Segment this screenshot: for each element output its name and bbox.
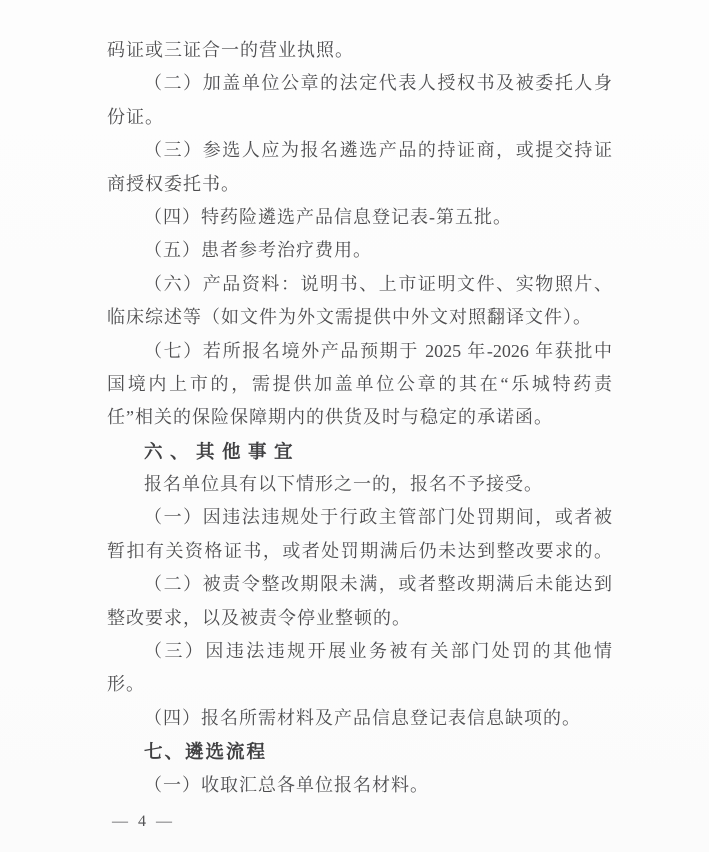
page-number: — 4 — — [112, 810, 174, 834]
doc-line-16: （二）被责令整改期限未满，或者整改期满后未能达到 — [107, 568, 612, 601]
doc-line-15: 暂扣有关资格证书，或者处罚期满后仍未达到整改要求的。 — [107, 535, 612, 568]
doc-line-0: 码证或三证合一的营业执照。 — [107, 34, 612, 67]
doc-line-14: （一）因违法违规处于行政主管部门处罚期间，或者被 — [107, 501, 612, 534]
doc-line-9: （七）若所报名境外产品预期于 2025 年-2026 年获批中 — [107, 335, 612, 368]
doc-line-2: 份证。 — [107, 101, 612, 134]
doc-line-20: （四）报名所需材料及产品信息登记表信息缺项的。 — [107, 702, 612, 735]
doc-line-17: 整改要求，以及被责令停业整顿的。 — [107, 602, 612, 635]
doc-line-5: （四）特药险遴选产品信息登记表-第五批。 — [107, 201, 612, 234]
doc-line-3: （三）参选人应为报名遴选产品的持证商，或提交持证 — [107, 134, 612, 167]
doc-line-6: （五）患者参考治疗费用。 — [107, 234, 612, 267]
doc-line-10: 国境内上市的，需提供加盖单位公章的其在“乐城特药责 — [107, 368, 612, 401]
heading-section-6: 六、其他事宜 — [107, 435, 612, 468]
doc-line-22: （一）收取汇总各单位报名材料。 — [107, 769, 612, 802]
doc-line-7: （六）产品资料：说明书、上市证明文件、实物照片、 — [107, 268, 612, 301]
doc-line-13: 报名单位具有以下情形之一的，报名不予接受。 — [107, 468, 612, 501]
doc-line-11: 任”相关的保险保障期内的供货及时与稳定的承诺函。 — [107, 401, 612, 434]
heading-section-7: 七、遴选流程 — [107, 735, 612, 768]
doc-line-1: （二）加盖单位公章的法定代表人授权书及被委托人身 — [107, 67, 612, 100]
doc-line-8: 临床综述等（如文件为外文需提供中外文对照翻译文件）。 — [107, 301, 612, 334]
doc-line-18: （三）因违法违规开展业务被有关部门处罚的其他情 — [107, 635, 612, 668]
doc-line-4: 商授权委托书。 — [107, 168, 612, 201]
document-body: 码证或三证合一的营业执照。 （二）加盖单位公章的法定代表人授权书及被委托人身 份… — [107, 34, 612, 802]
doc-line-19: 形。 — [107, 668, 612, 701]
